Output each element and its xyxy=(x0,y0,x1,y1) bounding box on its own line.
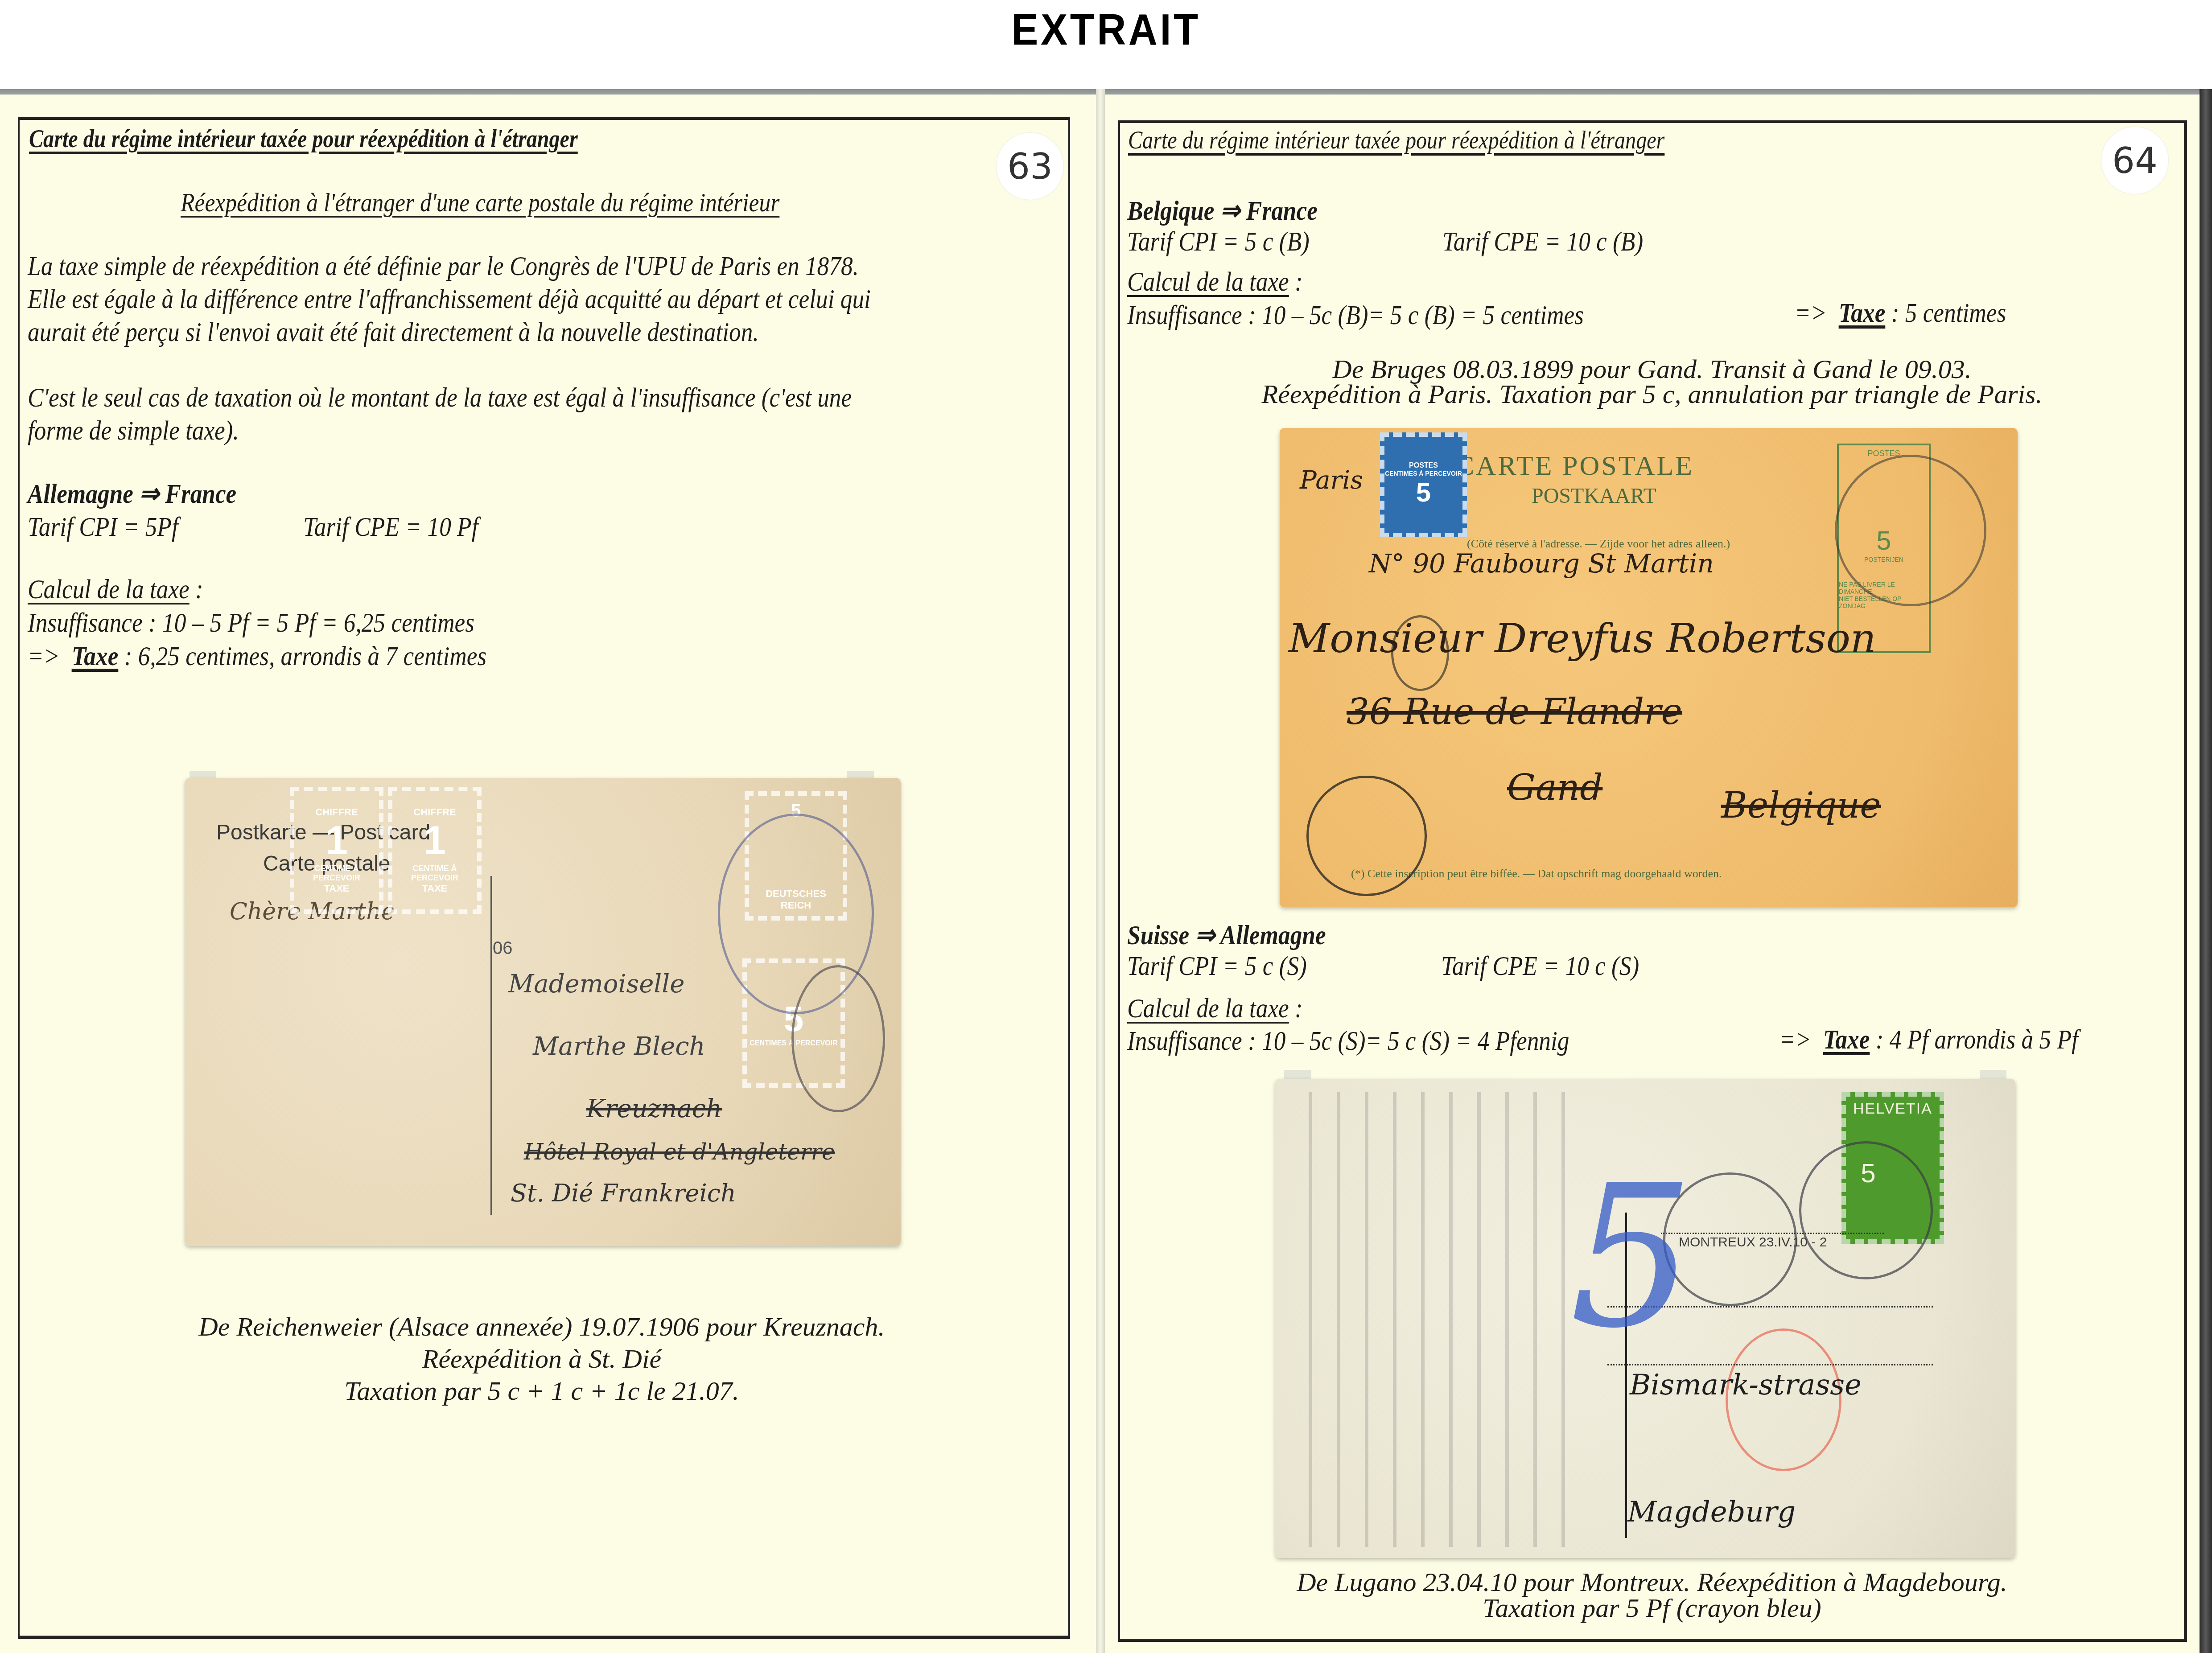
handwriting-address-struck: Gand xyxy=(1507,767,1602,808)
insuffisance-line: Insuffisance : 10 – 5c (B)= 5 c (B) = 5 … xyxy=(1127,299,1584,332)
postcard-lugano: EDITION PHOTOGLOB Co., ZÜRICH HELVETIA 5… xyxy=(1275,1079,2015,1558)
taxe-value: : 5 centimes xyxy=(1885,298,2006,328)
paragraph-upu-definition: La taxe simple de réexpédition a été déf… xyxy=(28,250,1008,349)
calc-heading: Calcul de la taxe : xyxy=(28,573,203,606)
taxe-line: => Taxe : 5 centimes xyxy=(1795,296,2006,329)
handwriting-redirect: Paris xyxy=(1300,466,1363,495)
postmark-gand-station xyxy=(1306,776,1427,896)
postmark-bruges-station xyxy=(1835,455,1986,606)
stamp-country: HELVETIA xyxy=(1853,1100,1932,1118)
postmark-date-fragment: 06 xyxy=(493,938,513,958)
tarif-cpi: Tarif CPI = 5 c (B) xyxy=(1127,225,1310,258)
paragraph-line: Elle est égale à la différence entre l'a… xyxy=(28,283,871,316)
route-to: Allemagne xyxy=(1220,920,1326,950)
caption-line: Taxation par 5 c + 1 c + 1c le 21.07. xyxy=(0,1375,1083,1407)
tarif-cpi: Tarif CPI = 5Pf xyxy=(28,510,178,543)
caption-line: De Bruges 08.03.1899 pour Gand. Transit … xyxy=(1119,357,2185,382)
handwriting-address-struck: Kreuznach xyxy=(586,1094,722,1123)
album-spine xyxy=(1096,89,1105,1653)
taxe-value: : 6,25 centimes, arrondis à 7 centimes xyxy=(118,641,486,671)
calc-label: Calcul de la taxe xyxy=(1127,993,1289,1024)
taxe-arrow: => xyxy=(1779,1024,1811,1055)
handwriting-city: Magdeburg xyxy=(1627,1496,1796,1529)
caption-line: Réexpédition à St. Dié xyxy=(0,1343,1083,1375)
route-from: Suisse xyxy=(1127,920,1189,950)
route-suisse-allemagne: Suisse ⇒ Allemagne xyxy=(1127,918,1326,951)
stamp-top: CHIFFRE xyxy=(413,806,456,818)
calc-colon: : xyxy=(189,574,203,604)
route-arrow-icon: ⇒ xyxy=(139,479,159,509)
blue-crayon-tax-mark: 5 xyxy=(1569,1159,1694,1355)
stamp-value: 5 xyxy=(1416,477,1431,508)
page-number-badge-63: 63 xyxy=(997,133,1063,200)
stamp-text: CENTIMES À PERCEVOIR xyxy=(1385,470,1462,477)
address-line xyxy=(1661,1233,1884,1235)
route-arrow-icon: ⇒ xyxy=(1195,920,1215,950)
postcard-reichenweier: Postkarte — Post card Carte postale Feli… xyxy=(185,778,901,1246)
calc-colon: : xyxy=(1289,993,1303,1024)
caption-bruges: De Bruges 08.03.1899 pour Gand. Transit … xyxy=(1119,357,2185,407)
calc-label: Calcul de la taxe xyxy=(1127,267,1289,297)
taxe-line: => Taxe : 6,25 centimes, arrondis à 7 ce… xyxy=(28,640,486,673)
paragraph-line: forme de simple taxe). xyxy=(28,414,852,447)
stamp-due-5c-french: POSTES CENTIMES À PERCEVOIR 5 xyxy=(1380,432,1467,537)
route-belgique-france: Belgique ⇒ France xyxy=(1127,194,1318,227)
printed-title-nl: POSTKAART xyxy=(1532,484,1656,508)
route-allemagne-france: Allemagne ⇒ France xyxy=(28,477,236,510)
caption-line: Taxation par 5 Pf (crayon bleu) xyxy=(1119,1595,2185,1621)
taxe-label: Taxe xyxy=(1839,298,1886,328)
taxe-label: Taxe xyxy=(1823,1024,1870,1055)
postcard-bruges: CARTE POSTALE POSTKAART (Côté réservé à … xyxy=(1280,428,2018,907)
left-page-title: Carte du régime intérieur taxée pour rée… xyxy=(29,125,578,153)
stamp-value: 1 xyxy=(325,818,348,864)
left-page-subtitle: Réexpédition à l'étranger d'une carte po… xyxy=(181,187,779,218)
calc-heading: Calcul de la taxe : xyxy=(1127,265,1303,298)
insuffisance-line: Insuffisance : 10 – 5c (S)= 5 c (S) = 4 … xyxy=(1127,1024,1569,1057)
handwriting-address-struck: Hôtel Royal et d'Angleterre xyxy=(524,1139,835,1165)
tarif-cpi: Tarif CPI = 5 c (S) xyxy=(1127,950,1307,983)
printed-title-fr: CARTE POSTALE xyxy=(1456,450,1694,482)
calc-colon: : xyxy=(1289,267,1303,297)
handwriting-new-address: St. Dié Frankreich xyxy=(511,1179,736,1207)
calc-heading: Calcul de la taxe : xyxy=(1127,992,1303,1025)
taxe-arrow: => xyxy=(28,641,60,671)
stamp-due-1c: CHIFFRE 1 CENTIME À PERCEVOIR TAXE xyxy=(290,787,383,914)
caption-reichenweier: De Reichenweier (Alsace annexée) 19.07.1… xyxy=(0,1311,1083,1407)
handwriting-street: Bismark-strasse xyxy=(1630,1369,1862,1402)
taxe-label: Taxe xyxy=(72,641,119,671)
page-number-badge-64: 64 xyxy=(2101,127,2168,194)
header-title: EXTRAIT xyxy=(88,4,2123,55)
divider-line xyxy=(490,876,492,1215)
handwriting-address-struck: 36 Rue de Flandre xyxy=(1347,691,1682,732)
stamp-bottom: TAXE xyxy=(324,883,349,894)
paragraph-line: La taxe simple de réexpédition a été déf… xyxy=(28,250,871,283)
tarif-cpe: Tarif CPE = 10 Pf xyxy=(303,510,478,543)
caption-lugano: De Lugano 23.04.10 pour Montreux. Réexpé… xyxy=(1119,1569,2185,1621)
caption-line: De Reichenweier (Alsace annexée) 19.07.1… xyxy=(0,1311,1083,1343)
route-from: Allemagne xyxy=(28,479,133,509)
stamp-bottom: TAXE xyxy=(422,883,447,894)
album-right-edge xyxy=(2200,89,2212,1653)
handwriting-address: Marthe Blech xyxy=(533,1032,705,1061)
route-to: France xyxy=(1246,196,1318,226)
insuffisance-line: Insuffisance : 10 – 5 Pf = 5 Pf = 6,25 c… xyxy=(28,606,474,639)
caption-line: Réexpédition à Paris. Taxation par 5 c, … xyxy=(1119,382,2185,407)
route-arrow-icon: ⇒ xyxy=(1220,196,1240,226)
route-to: France xyxy=(165,479,236,509)
right-page-title: Carte du régime intérieur taxée pour rée… xyxy=(1128,126,1664,155)
caption-line: De Lugano 23.04.10 pour Montreux. Réexpé… xyxy=(1119,1569,2185,1595)
taxe-line: => Taxe : 4 Pf arrondis à 5 Pf xyxy=(1779,1023,2078,1056)
handwriting-address-struck: Belgique xyxy=(1721,785,1881,826)
route-from: Belgique xyxy=(1127,196,1215,226)
handwriting-address: N° 90 Faubourg St Martin xyxy=(1369,548,1714,579)
calc-label: Calcul de la taxe xyxy=(28,574,189,604)
taxe-arrow: => xyxy=(1795,298,1827,328)
message-handwriting-area xyxy=(1284,1092,1587,1547)
stamp-due-1c: CHIFFRE 1 CENTIME À PERCEVOIR TAXE xyxy=(388,787,482,914)
stamp-text: CENTIME À PERCEVOIR xyxy=(392,864,477,883)
taxe-value: : 4 Pf arrondis à 5 Pf xyxy=(1870,1024,2078,1055)
handwriting-address: Monsieur Dreyfus Robertson xyxy=(1289,615,1876,662)
tarif-cpe: Tarif CPE = 10 c (B) xyxy=(1442,225,1643,258)
paragraph-line: aurait été perçu si l'envoi avait été fa… xyxy=(28,316,871,349)
postmark-st-die xyxy=(791,965,885,1112)
stamp-value: 1 xyxy=(424,818,446,864)
postmark-montreux-date: MONTREUX 23.IV.10 - 2 xyxy=(1679,1235,1827,1250)
handwriting-address: Mademoiselle xyxy=(508,970,684,999)
postmark-lugano xyxy=(1799,1141,1933,1279)
stamp-text: CENTIME À PERCEVOIR xyxy=(294,864,379,883)
paragraph-line: C'est le seul cas de taxation où le mont… xyxy=(28,381,852,414)
stamp-top: CHIFFRE xyxy=(315,806,358,818)
tarif-cpe: Tarif CPE = 10 c (S) xyxy=(1441,950,1639,983)
stamp-top: POSTES xyxy=(1409,462,1438,470)
paragraph-simple-taxe: C'est le seul cas de taxation où le mont… xyxy=(28,381,986,447)
